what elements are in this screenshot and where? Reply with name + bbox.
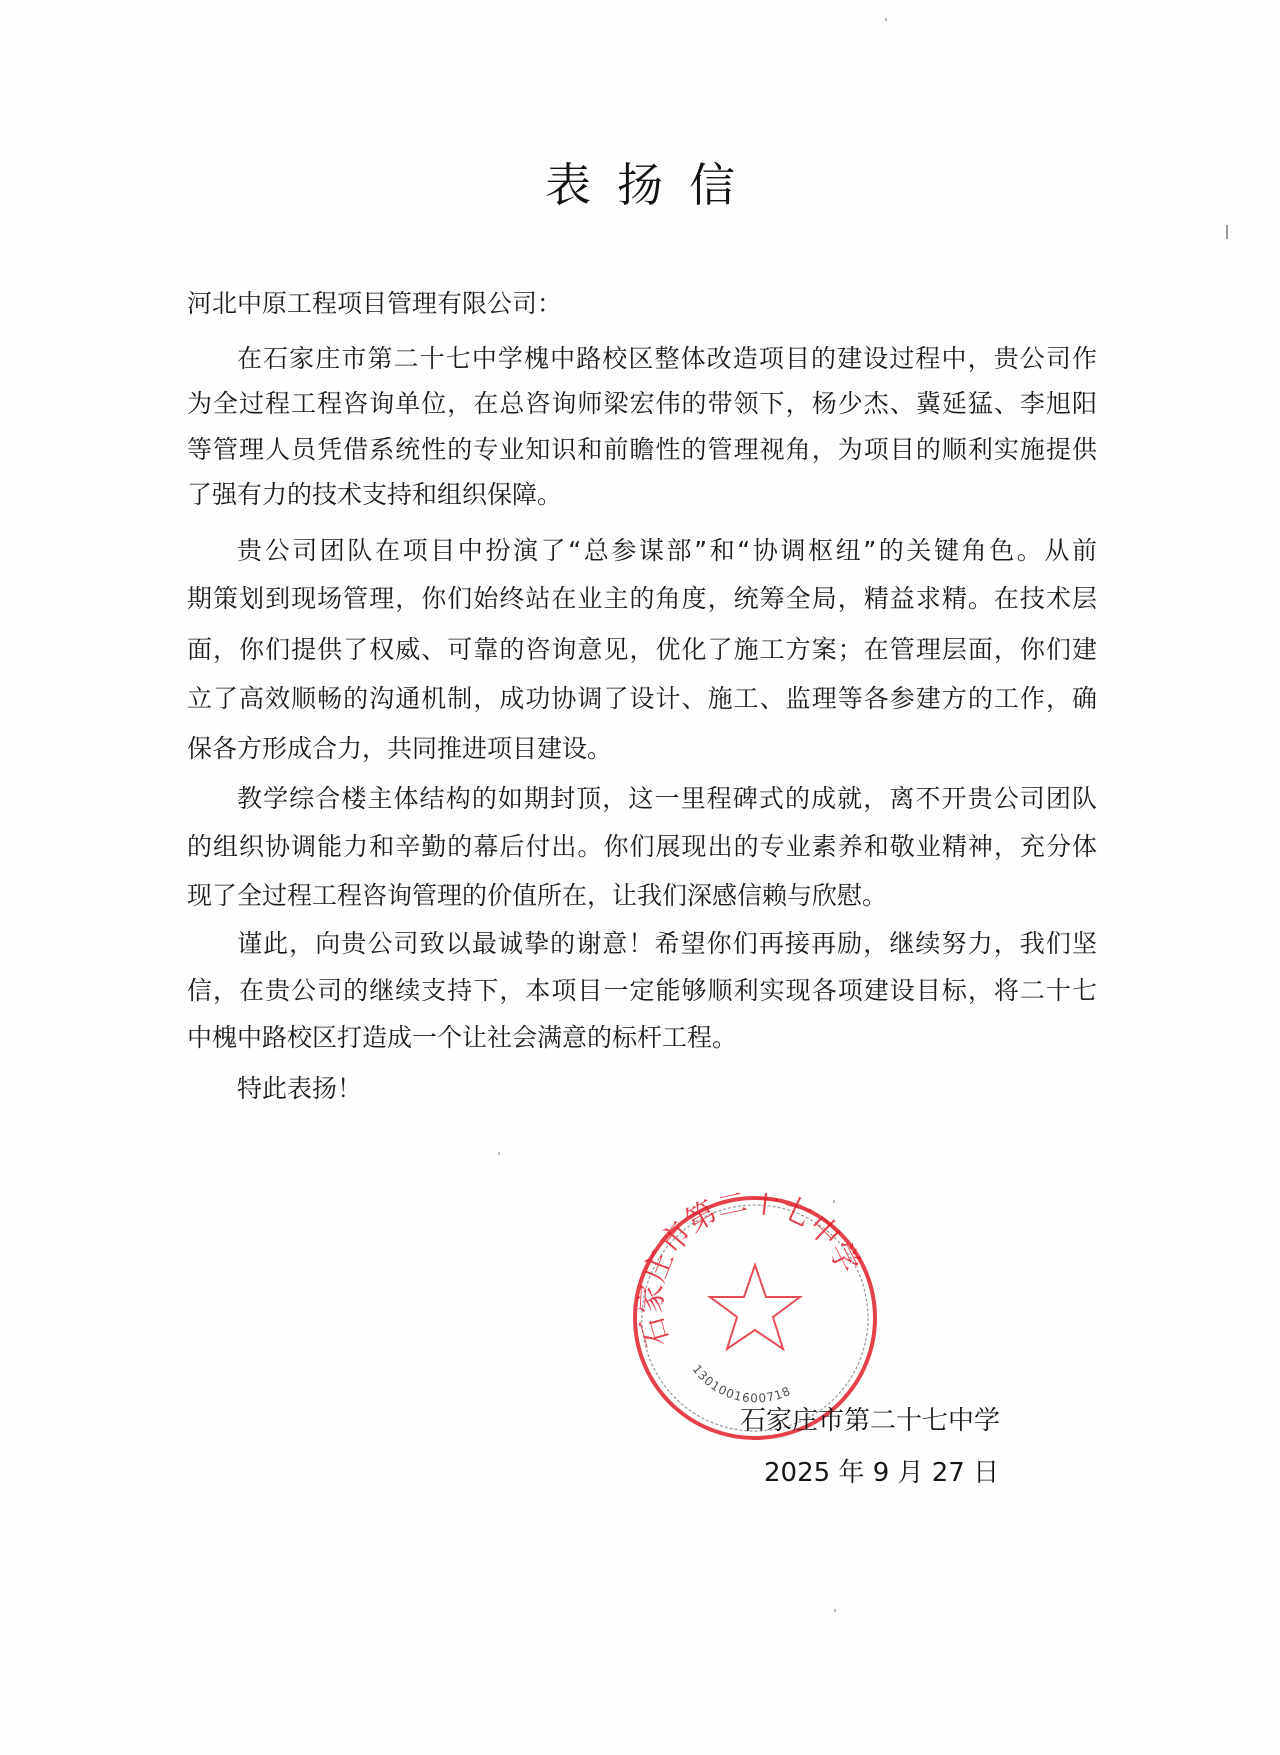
paragraph-1-line-4: 了强有力的技术支持和组织保障。: [187, 474, 562, 517]
signature-date: 2025 年 9 月 27 日: [764, 1452, 999, 1489]
paragraph-4-line-2: 信，在贵公司的继续支持下，本项目一定能够顺利实现各项建设目标，将二十七: [187, 970, 1097, 1013]
letter-title: 表扬信: [0, 162, 1280, 208]
seal-code: 1301001600718: [689, 1362, 793, 1405]
seal-arc-text: 石家庄市第二十七中学: [634, 1193, 866, 1351]
svg-text:1301001600718: 1301001600718: [689, 1362, 793, 1405]
paragraph-2-line-5: 保各方形成合力，共同推进项目建设。: [187, 728, 612, 771]
paragraph-2-line-1: 贵公司团队在项目中扮演了“总参谋部”和“协调枢纽”的关键角色。从前: [237, 530, 1097, 573]
svg-text:石家庄市第二十七中学: 石家庄市第二十七中学: [634, 1193, 866, 1351]
paragraph-2-line-3: 面，你们提供了权威、可靠的咨询意见，优化了施工方案；在管理层面，你们建: [187, 629, 1097, 672]
paragraph-4-line-1: 谨此，向贵公司致以最诚挚的谢意！希望你们再接再励，继续努力，我们坚: [237, 923, 1097, 966]
salutation: 河北中原工程项目管理有限公司：: [187, 283, 562, 326]
signature-organization: 石家庄市第二十七中学: [740, 1400, 1000, 1437]
paragraph-1-line-3: 等管理人员凭借系统性的专业知识和前瞻性的管理视角，为项目的顺利实施提供: [187, 429, 1097, 472]
paragraph-3-line-3: 现了全过程工程咨询管理的价值所在，让我们深感信赖与欣慰。: [187, 875, 887, 918]
paragraph-2-line-2: 期策划到现场管理，你们始终站在业主的角度，统筹全局，精益求精。在技术层: [187, 578, 1097, 621]
paragraph-3-line-2: 的组织协调能力和辛勤的幕后付出。你们展现出的专业素养和敬业精神，充分体: [187, 826, 1097, 869]
closing-line: 特此表扬！: [237, 1068, 362, 1111]
paragraph-1-line-1: 在石家庄市第二十七中学槐中路校区整体改造项目的建设过程中，贵公司作: [237, 338, 1097, 381]
paragraph-1-line-2: 为全过程工程咨询单位，在总咨询师梁宏伟的带领下，杨少杰、冀延猛、李旭阳: [187, 383, 1097, 426]
letter-page: 表扬信 河北中原工程项目管理有限公司： 在石家庄市第二十七中学槐中路校区整体改造…: [0, 0, 1280, 1755]
paragraph-3-line-1: 教学综合楼主体结构的如期封顶，这一里程碑式的成就，离不开贵公司团队: [237, 778, 1097, 821]
paragraph-4-line-3: 中槐中路校区打造成一个让社会满意的标杆工程。: [187, 1017, 737, 1060]
paragraph-2-line-4: 立了高效顺畅的沟通机制，成功协调了设计、施工、监理等各参建方的工作，确: [187, 678, 1097, 721]
seal-star-icon: [710, 1265, 800, 1349]
